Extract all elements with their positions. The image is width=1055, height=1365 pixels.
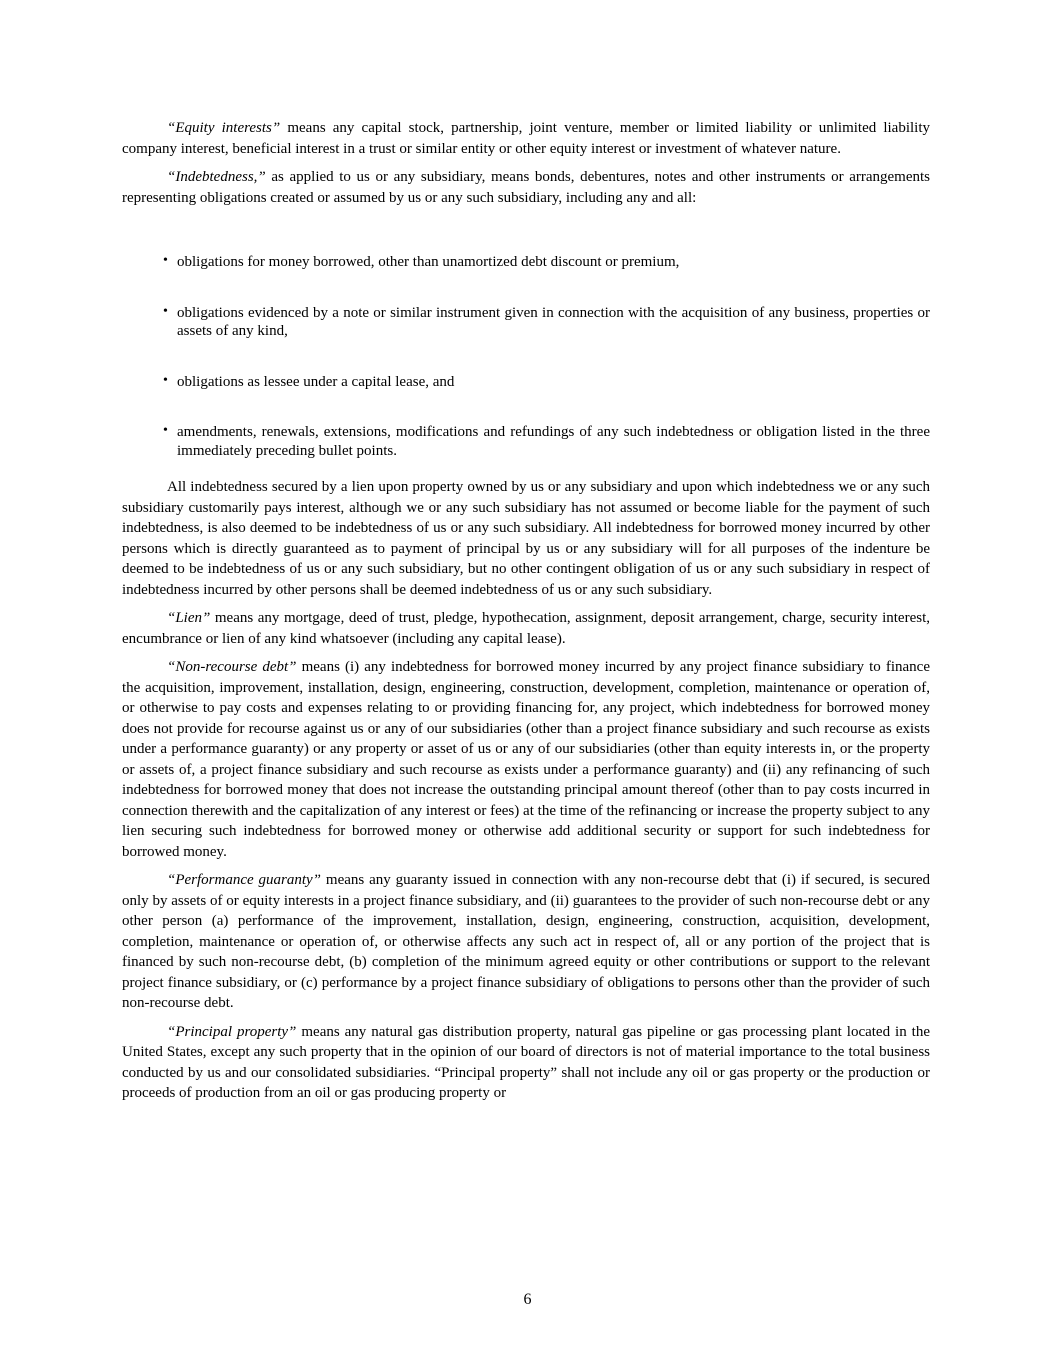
list-item-note-instrument: •obligations evidenced by a note or simi… bbox=[177, 304, 930, 341]
paragraph-equity-interests: “Equity interests” means any capital sto… bbox=[122, 118, 930, 159]
defined-term-lien: “Lien” bbox=[167, 610, 210, 626]
paragraph-lien: “Lien” means any mortgage, deed of trust… bbox=[122, 608, 930, 649]
defined-term-non-recourse-debt: “Non-recourse debt” bbox=[167, 659, 297, 675]
paragraph-non-recourse-debt: “Non-recourse debt” means (i) any indebt… bbox=[122, 657, 930, 862]
page-number: 6 bbox=[0, 1290, 1055, 1311]
bullet-text: obligations for money borrowed, other th… bbox=[177, 254, 679, 270]
defined-term-principal-property: “Principal property” bbox=[167, 1024, 296, 1040]
list-item-capital-lease: •obligations as lessee under a capital l… bbox=[177, 373, 930, 392]
paragraph-performance-guaranty: “Performance guaranty” means any guarant… bbox=[122, 870, 930, 1014]
defined-term-indebtedness: “Indebtedness,” bbox=[167, 169, 266, 185]
bullet-text: obligations as lessee under a capital le… bbox=[177, 374, 454, 390]
bullet-icon: • bbox=[163, 303, 168, 322]
defined-term-performance-guaranty: “Performance guaranty” bbox=[167, 872, 321, 888]
paragraph-text: All indebtedness secured by a lien upon … bbox=[122, 479, 930, 598]
paragraph-text: means any mortgage, deed of trust, pledg… bbox=[122, 610, 930, 647]
list-item-money-borrowed: •obligations for money borrowed, other t… bbox=[177, 253, 930, 272]
paragraph-principal-property: “Principal property” means any natural g… bbox=[122, 1022, 930, 1104]
paragraph-indebtedness: “Indebtedness,” as applied to us or any … bbox=[122, 167, 930, 208]
list-item-amendments: •amendments, renewals, extensions, modif… bbox=[177, 423, 930, 460]
defined-term-equity-interests: “Equity interests” bbox=[167, 120, 280, 136]
bullet-icon: • bbox=[163, 372, 168, 391]
paragraph-all-indebtedness: All indebtedness secured by a lien upon … bbox=[122, 477, 930, 600]
bullet-icon: • bbox=[163, 252, 168, 271]
bullet-list: •obligations for money borrowed, other t… bbox=[122, 253, 930, 460]
document-page: “Equity interests” means any capital sto… bbox=[0, 0, 1055, 1365]
bullet-text: obligations evidenced by a note or simil… bbox=[177, 305, 930, 340]
paragraph-text: means any guaranty issued in connection … bbox=[122, 872, 930, 1011]
bullet-text: amendments, renewals, extensions, modifi… bbox=[177, 424, 930, 459]
bullet-icon: • bbox=[163, 422, 168, 441]
paragraph-text: means (i) any indebtedness for borrowed … bbox=[122, 659, 930, 860]
